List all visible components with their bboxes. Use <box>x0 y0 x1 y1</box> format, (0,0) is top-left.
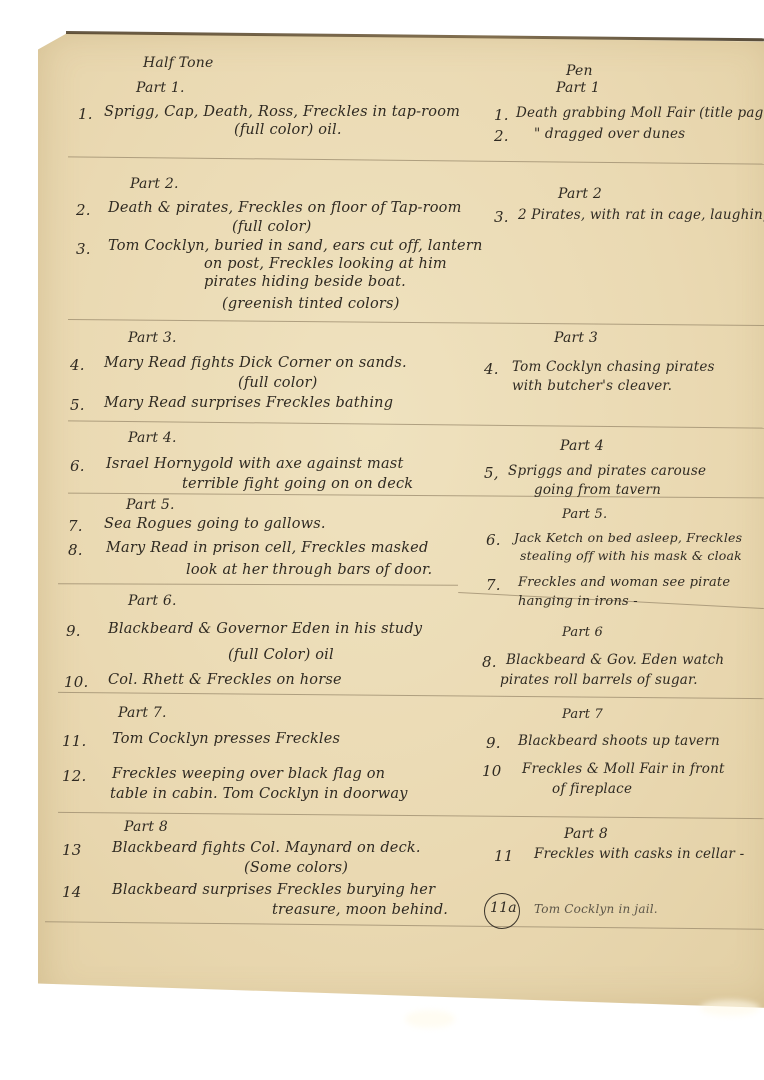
item-text: Tom Cocklyn chasing pirates <box>512 359 715 375</box>
item-text: hanging in irons - <box>518 594 638 609</box>
part-title: Part 8 <box>564 826 608 842</box>
item-number: 1. <box>78 105 93 123</box>
column-heading-half-tone: Half Tone <box>143 55 213 71</box>
item-text: Blackbeard surprises Freckles burying he… <box>112 882 435 898</box>
item-note: (greenish tinted colors) <box>222 296 400 312</box>
item-text: Death & pirates, Freckles on floor of Ta… <box>108 200 462 216</box>
item-number: 1. <box>494 106 509 124</box>
item-text: Sprigg, Cap, Death, Ross, Freckles in ta… <box>104 104 460 120</box>
item-text: Spriggs and pirates carouse <box>508 463 706 479</box>
item-text: Mary Read fights Dick Corner on sands. <box>104 355 407 371</box>
item-number: 12. <box>62 767 86 785</box>
item-note: (full color) <box>238 375 317 391</box>
item-note: (Some colors) <box>244 860 348 876</box>
item-number: 13 <box>62 841 82 859</box>
item-note: (full color) oil. <box>234 122 342 138</box>
item-text: Freckles with casks in cellar - <box>534 846 744 862</box>
item-text: Blackbeard & Gov. Eden watch <box>506 652 724 668</box>
item-text: Tom Cocklyn, buried in sand, ears cut of… <box>108 238 483 254</box>
part-title: Part 4 <box>560 438 604 454</box>
item-number: 2. <box>76 201 91 219</box>
item-number: 6. <box>70 457 85 475</box>
item-text: Freckles & Moll Fair in front <box>522 761 725 777</box>
part-title: Part 1. <box>136 80 185 96</box>
part-title: Part 8 <box>124 819 168 835</box>
item-number: 2. <box>494 127 509 145</box>
item-text: pirates hiding beside boat. <box>204 274 406 290</box>
item-text: terrible fight going on on deck <box>182 476 413 492</box>
item-number: 10. <box>64 673 88 691</box>
item-text: going from tavern <box>534 482 661 498</box>
item-text: Tom Cocklyn presses Freckles <box>112 731 340 747</box>
item-number: 9. <box>66 622 81 640</box>
item-text: Sea Rogues going to gallows. <box>104 516 326 532</box>
item-text: Jack Ketch on bed asleep, Freckles <box>514 530 742 545</box>
column-heading-pen: Pen <box>566 63 593 79</box>
part-title: Part 4. <box>128 430 177 446</box>
item-text: 2 Pirates, with rat in cage, laughing <box>518 207 764 223</box>
part-title: Part 3 <box>554 330 598 346</box>
item-text: Mary Read in prison cell, Freckles maske… <box>106 540 428 556</box>
part-title: Part 5. <box>126 497 175 513</box>
item-text: Col. Rhett & Freckles on horse <box>108 672 342 688</box>
item-number: 4. <box>70 356 85 374</box>
part-title: Part 6. <box>128 593 177 609</box>
item-text: Blackbeard & Governor Eden in his study <box>108 621 422 637</box>
item-number: 8. <box>482 653 497 671</box>
item-number: 4. <box>484 360 499 378</box>
item-text: table in cabin. Tom Cocklyn in doorway <box>110 786 408 802</box>
item-number: 11 <box>494 847 514 865</box>
part-title: Part 2 <box>558 186 602 202</box>
paper-tear <box>405 1010 455 1028</box>
item-number: 6. <box>486 531 501 549</box>
item-number: 7. <box>486 576 501 594</box>
item-text: of fireplace <box>552 781 632 797</box>
item-text: on post, Freckles looking at him <box>204 256 447 272</box>
item-text: Blackbeard fights Col. Maynard on deck. <box>112 840 421 856</box>
item-text: stealing off with his mask & cloak <box>520 548 742 563</box>
item-text: " dragged over dunes <box>534 126 685 142</box>
item-note: (full color) <box>232 219 311 235</box>
item-number: 5. <box>70 396 85 414</box>
item-number: 3. <box>76 240 91 258</box>
item-number: 3. <box>494 208 509 226</box>
item-text: Freckles and woman see pirate <box>518 575 730 590</box>
item-text: Israel Hornygold with axe against mast <box>106 456 403 472</box>
part-title: Part 1 <box>556 80 600 96</box>
item-number: 14 <box>62 883 82 901</box>
item-text: treasure, moon behind. <box>272 902 448 918</box>
item-number: 5, <box>484 464 499 482</box>
item-number: 9. <box>486 734 501 752</box>
item-text: Blackbeard shoots up tavern <box>518 733 720 749</box>
part-title: Part 5. <box>562 507 607 522</box>
paper-tear <box>700 1000 760 1016</box>
item-text: look at her through bars of door. <box>186 562 432 578</box>
item-text: Death grabbing Moll Fair (title page <box>516 105 764 121</box>
item-note: (full Color) oil <box>228 647 334 663</box>
item-number: 7. <box>68 517 83 535</box>
item-text: pirates roll barrels of sugar. <box>500 672 698 688</box>
item-text: Freckles weeping over black flag on <box>112 766 385 782</box>
item-number: 10 <box>482 762 502 780</box>
item-text: with butcher's cleaver. <box>512 378 672 394</box>
item-text: Mary Read surprises Freckles bathing <box>104 395 393 411</box>
part-title: Part 3. <box>128 330 177 346</box>
part-title: Part 6 <box>562 625 603 640</box>
item-number: 11. <box>62 732 86 750</box>
part-title: Part 7. <box>118 705 167 721</box>
item-number: 8. <box>68 541 83 559</box>
item-number-circled: 11a <box>490 900 517 916</box>
part-title: Part 7 <box>562 707 603 722</box>
part-title: Part 2. <box>130 176 179 192</box>
item-text-faint: Tom Cocklyn in jail. <box>534 902 658 916</box>
